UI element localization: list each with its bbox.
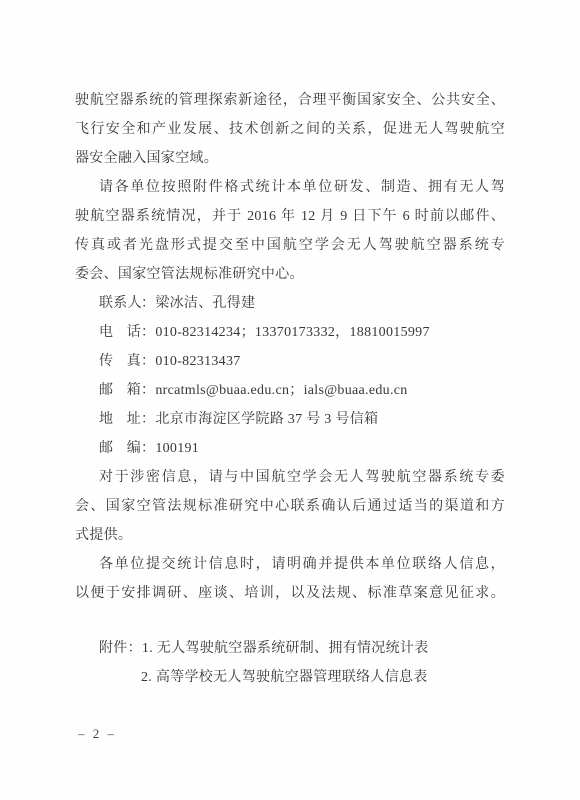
attachments-heading: 附件： — [99, 641, 142, 656]
contact-value: 北京市海淀区学院路 37 号 3 号信箱 — [155, 412, 378, 427]
contact-colon: ： — [141, 441, 155, 456]
contact-colon: ： — [141, 412, 155, 427]
contact-label: 邮箱 — [99, 376, 141, 405]
contact-colon: ： — [141, 354, 155, 369]
paragraph4-line-1: 各单位提交统计信息时，请明确并提供本单位联络人信息， — [75, 550, 505, 579]
contact-value: nrcatmls@buaa.edu.cn；ials@buaa.edu.cn — [155, 383, 407, 398]
paragraph3-line-1: 对于涉密信息，请与中国航空学会无人驾驶航空器系统专委 — [75, 463, 505, 492]
paragraph2-line-3: 传真或者光盘形式提交至中国航空学会无人驾驶航空器系统专 — [75, 231, 505, 260]
contact-label: 传真 — [99, 347, 141, 376]
contact-line-zipcode: 邮编：100191 — [75, 434, 505, 463]
paragraph3-line-2: 会、国家空管法规标准研究中心联系确认后通过适当的渠道和方 — [75, 492, 505, 521]
contact-line-address: 地址：北京市海淀区学院路 37 号 3 号信箱 — [75, 405, 505, 434]
paragraph4-line-2: 以便于安排调研、座谈、培训，以及法规、标准草案意见征求。 — [75, 579, 505, 608]
document-page: 驶航空器系统的管理探索新途径，合理平衡国家安全、公共安全、 飞行安全和产业发展、… — [0, 0, 580, 800]
contact-value: 梁冰洁、孔得建 — [155, 296, 255, 311]
contact-label: 电话 — [99, 318, 141, 347]
paragraph3-line-3: 式提供。 — [75, 521, 505, 550]
document-content: 驶航空器系统的管理探索新途径，合理平衡国家安全、公共安全、 飞行安全和产业发展、… — [75, 86, 505, 692]
paragraph1-line-2: 飞行安全和产业发展、技术创新之间的关系，促进无人驾驶航空 — [75, 115, 505, 144]
paragraph2-line-2: 驶航空器系统情况，并于 2016 年 12 月 9 日下午 6 时前以邮件、 — [75, 202, 505, 231]
attachment-row-1: 附件：1. 无人驾驶航空器系统研制、拥有情况统计表 — [75, 634, 505, 663]
contact-line-fax: 传真：010-82313437 — [75, 347, 505, 376]
contact-colon: ： — [141, 296, 155, 311]
contact-value: 100191 — [155, 441, 199, 456]
contact-line-person: 联系人：梁冰洁、孔得建 — [75, 289, 505, 318]
contact-label: 邮编 — [99, 434, 141, 463]
attachment-item-1: 1. 无人驾驶航空器系统研制、拥有情况统计表 — [142, 641, 429, 656]
contact-label: 联系人 — [99, 289, 141, 318]
contact-value: 010-82314234；13370173332，18810015997 — [155, 325, 429, 340]
contact-line-email: 邮箱：nrcatmls@buaa.edu.cn；ials@buaa.edu.cn — [75, 376, 505, 405]
contact-label: 地址 — [99, 405, 141, 434]
attachment-item-2: 2. 高等学校无人驾驶航空器管理联络人信息表 — [75, 663, 505, 692]
contact-value: 010-82313437 — [155, 354, 240, 369]
contact-colon: ： — [141, 325, 155, 340]
contact-line-phone: 电话：010-82314234；13370173332，18810015997 — [75, 318, 505, 347]
contact-colon: ： — [141, 383, 155, 398]
paragraph1-line-3: 器安全融入国家空域。 — [75, 144, 505, 173]
paragraph2-line-1: 请各单位按照附件格式统计本单位研发、制造、拥有无人驾 — [75, 173, 505, 202]
paragraph1-line-1: 驶航空器系统的管理探索新途径，合理平衡国家安全、公共安全、 — [75, 86, 505, 115]
paragraph2-line-4: 委会、国家空管法规标准研究中心。 — [75, 260, 505, 289]
page-number: – 2 – — [78, 726, 117, 742]
attachments-section: 附件：1. 无人驾驶航空器系统研制、拥有情况统计表 2. 高等学校无人驾驶航空器… — [75, 634, 505, 692]
